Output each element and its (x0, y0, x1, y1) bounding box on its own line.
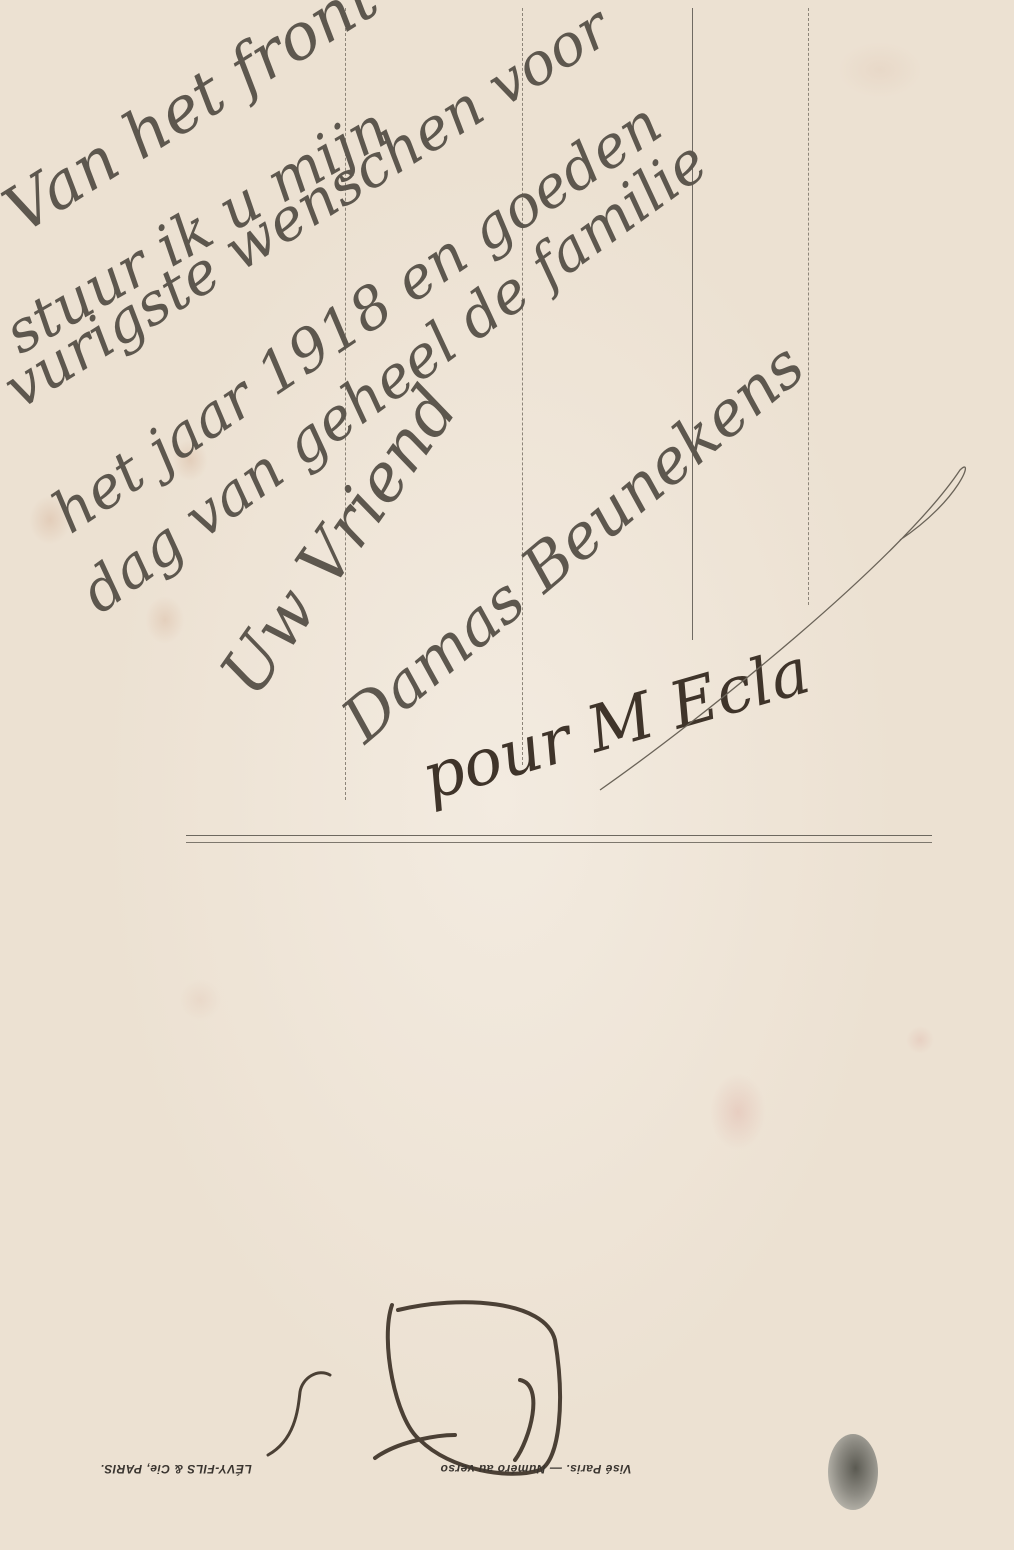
message-line-5: dag van geheel de familie (68, 127, 719, 626)
approval-footer-text: Visé Paris. — Numéro au verso (440, 1462, 631, 1476)
postcard-back: Van het front stuur ik u mijn vurigste w… (0, 0, 1014, 1550)
small-handwritten-s-mark (268, 1373, 330, 1455)
handwritten-message: Van het front stuur ik u mijn vurigste w… (0, 0, 1014, 1550)
large-handwritten-d-mark (375, 1302, 560, 1474)
publisher-logo-icon (828, 1434, 878, 1510)
publisher-footer-text: LÉVY-FILS & Cie, PARIS. (100, 1462, 252, 1476)
